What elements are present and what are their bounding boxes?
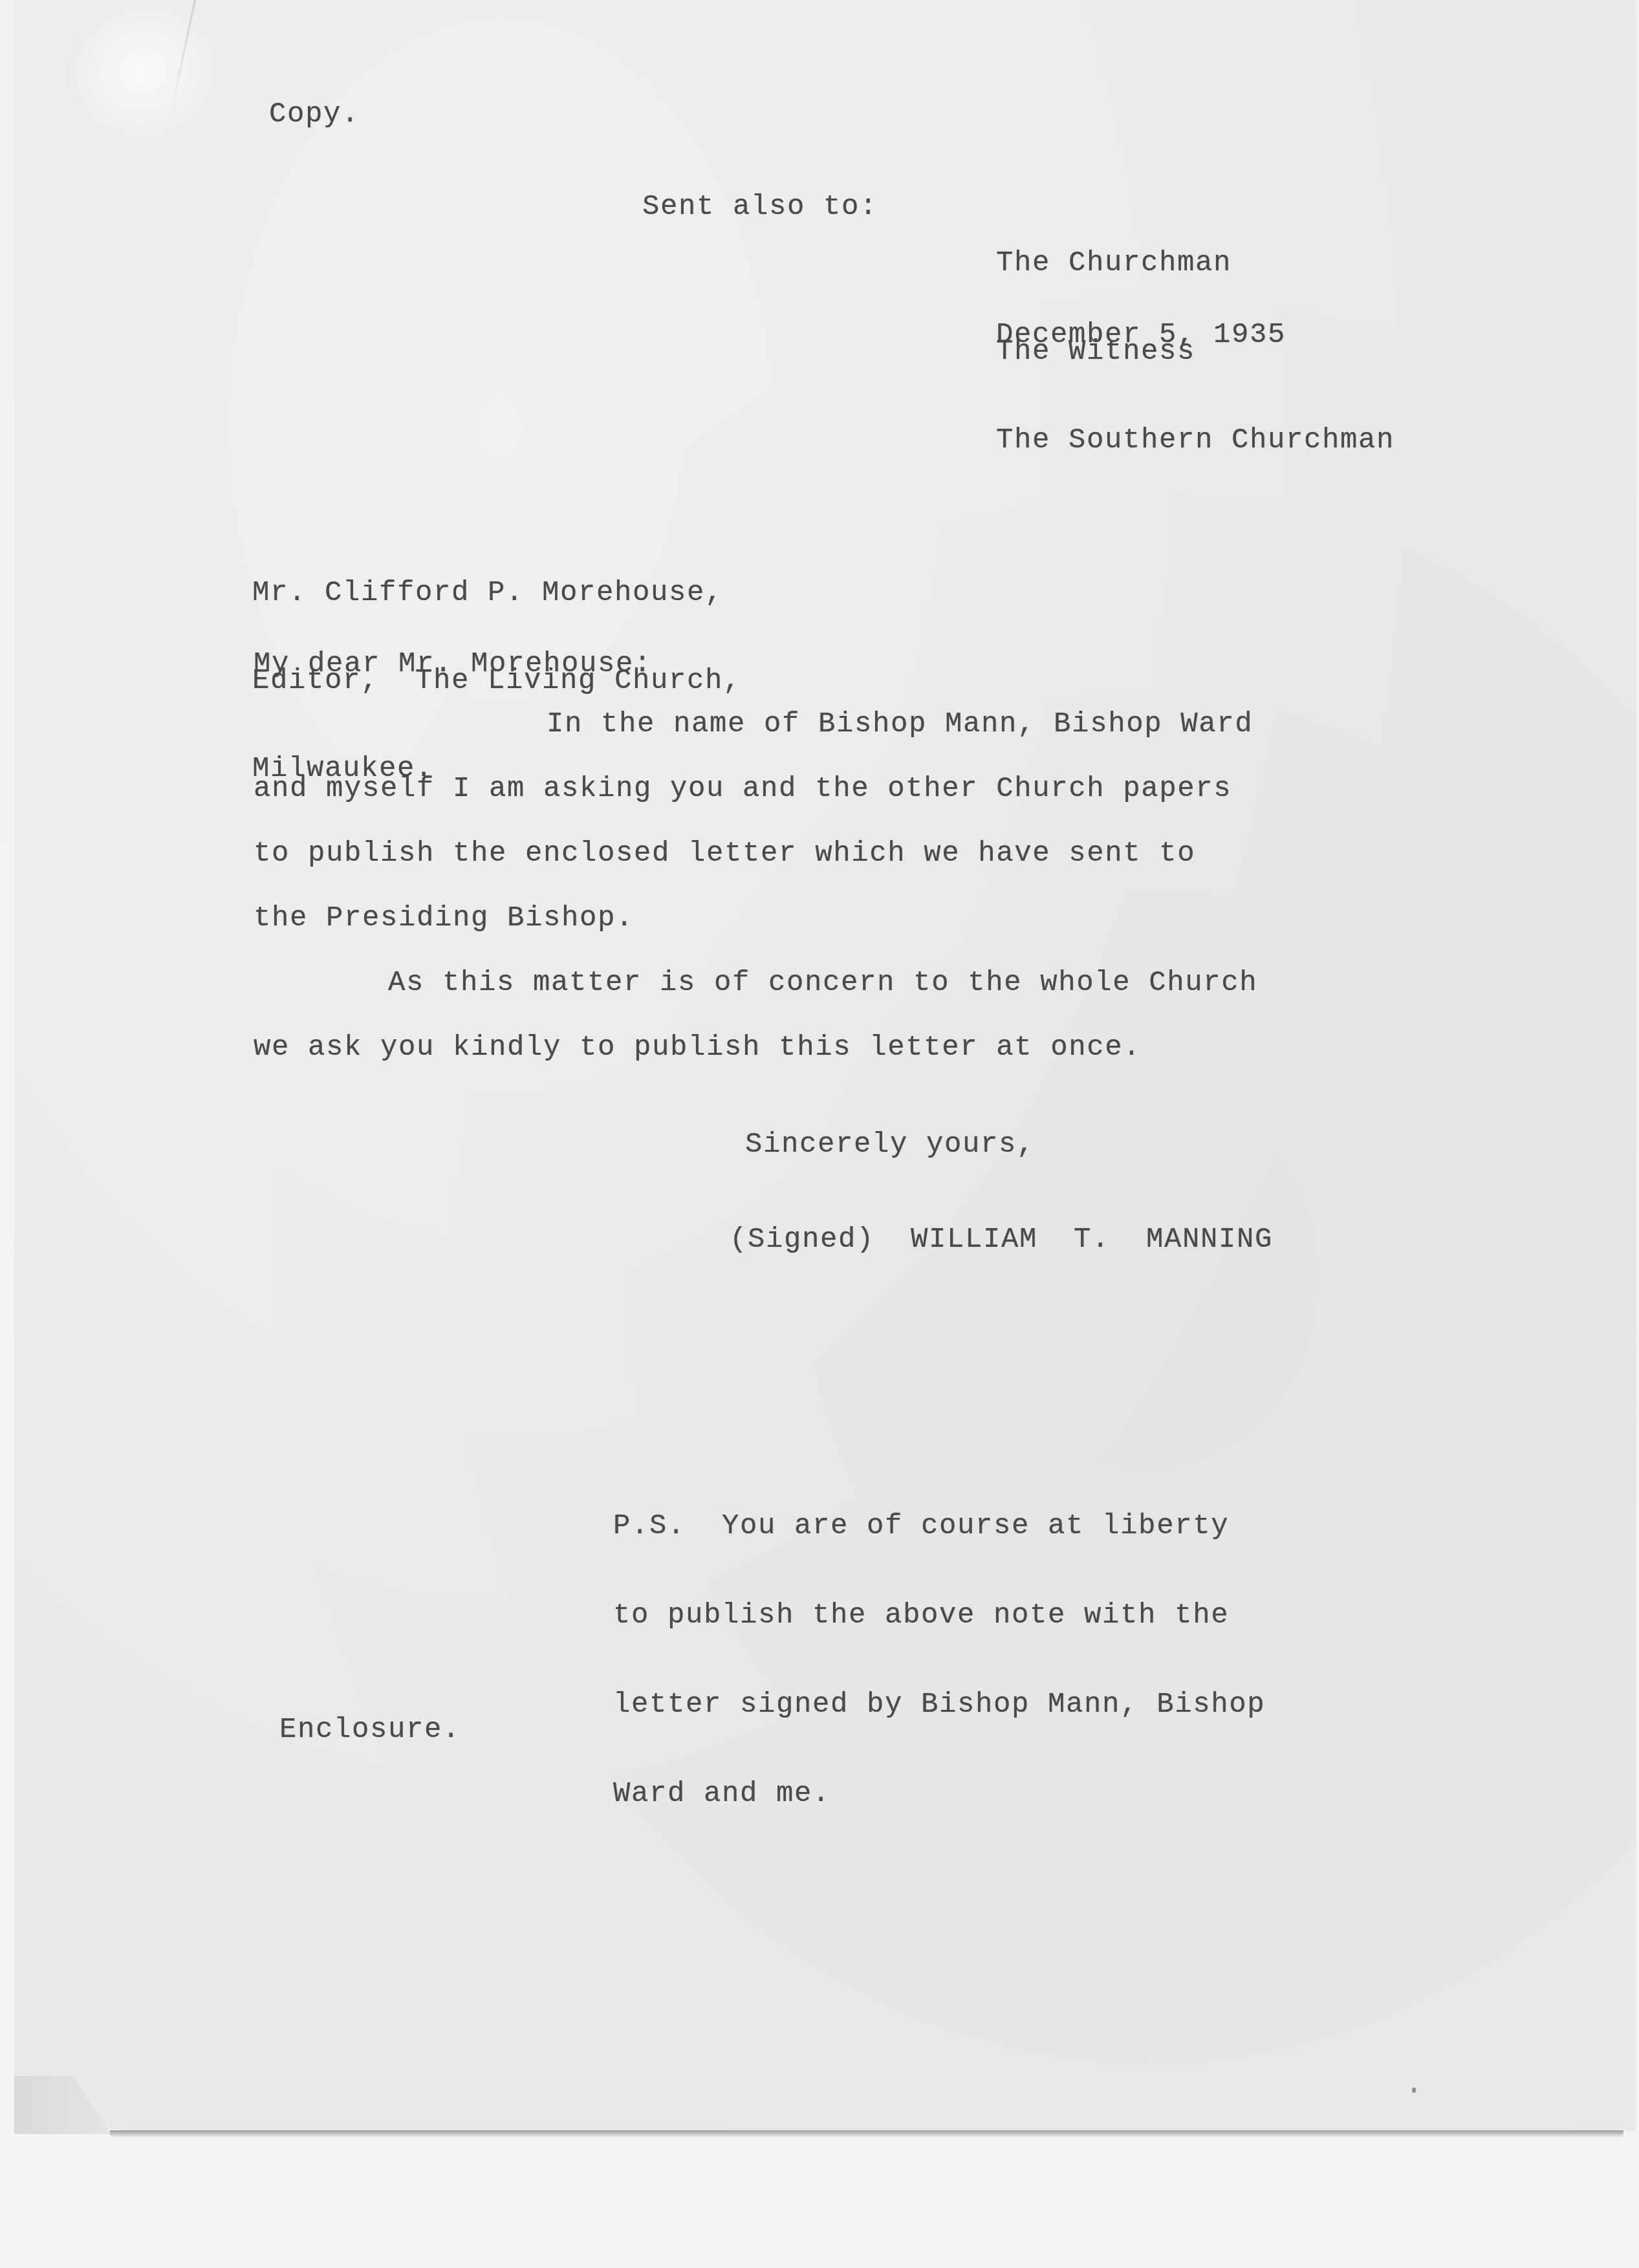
postscript-line: P.S. You are of course at liberty — [613, 1510, 1265, 1542]
body-paragraph-1-line: and myself I am asking you and the other… — [254, 775, 1232, 803]
cc-recipient: The Churchman — [996, 248, 1395, 279]
page-edge-shadow — [110, 2130, 1623, 2138]
signature: (Signed) WILLIAM T. MANNING — [730, 1226, 1273, 1254]
body-paragraph-2-line: As this matter is of concern to the whol… — [388, 969, 1257, 997]
cc-recipient: The Southern Churchman — [996, 425, 1395, 457]
body-paragraph-1-line: to publish the enclosed letter which we … — [254, 839, 1195, 868]
body-paragraph-2-line: we ask you kindly to publish this letter… — [254, 1033, 1141, 1062]
ink-speck — [1412, 2088, 1416, 2093]
body-line-text: In the name of Bishop Mann, Bishop Ward — [547, 708, 1253, 740]
postscript: P.S. You are of course at liberty to pub… — [613, 1453, 1265, 1839]
body-paragraph-1-line: In the name of Bishop Mann, Bishop Ward — [547, 710, 1253, 739]
addressee-line: Mr. Clifford P. Morehouse, — [252, 578, 741, 609]
enclosure-note: Enclosure. — [279, 1716, 461, 1744]
postscript-line: letter signed by Bishop Mann, Bishop — [613, 1689, 1265, 1721]
salutation: My dear Mr. Morehouse: — [254, 650, 652, 678]
body-paragraph-1-line: the Presiding Bishop. — [254, 904, 634, 933]
postscript-line: Ward and me. — [613, 1778, 1265, 1810]
cc-label: Sent also to: — [642, 193, 878, 221]
letter-date: December 5, 1935 — [996, 321, 1286, 349]
postscript-line: to publish the above note with the — [613, 1599, 1265, 1632]
closing: Sincerely yours, — [745, 1130, 1035, 1159]
copy-label: Copy. — [269, 100, 360, 129]
